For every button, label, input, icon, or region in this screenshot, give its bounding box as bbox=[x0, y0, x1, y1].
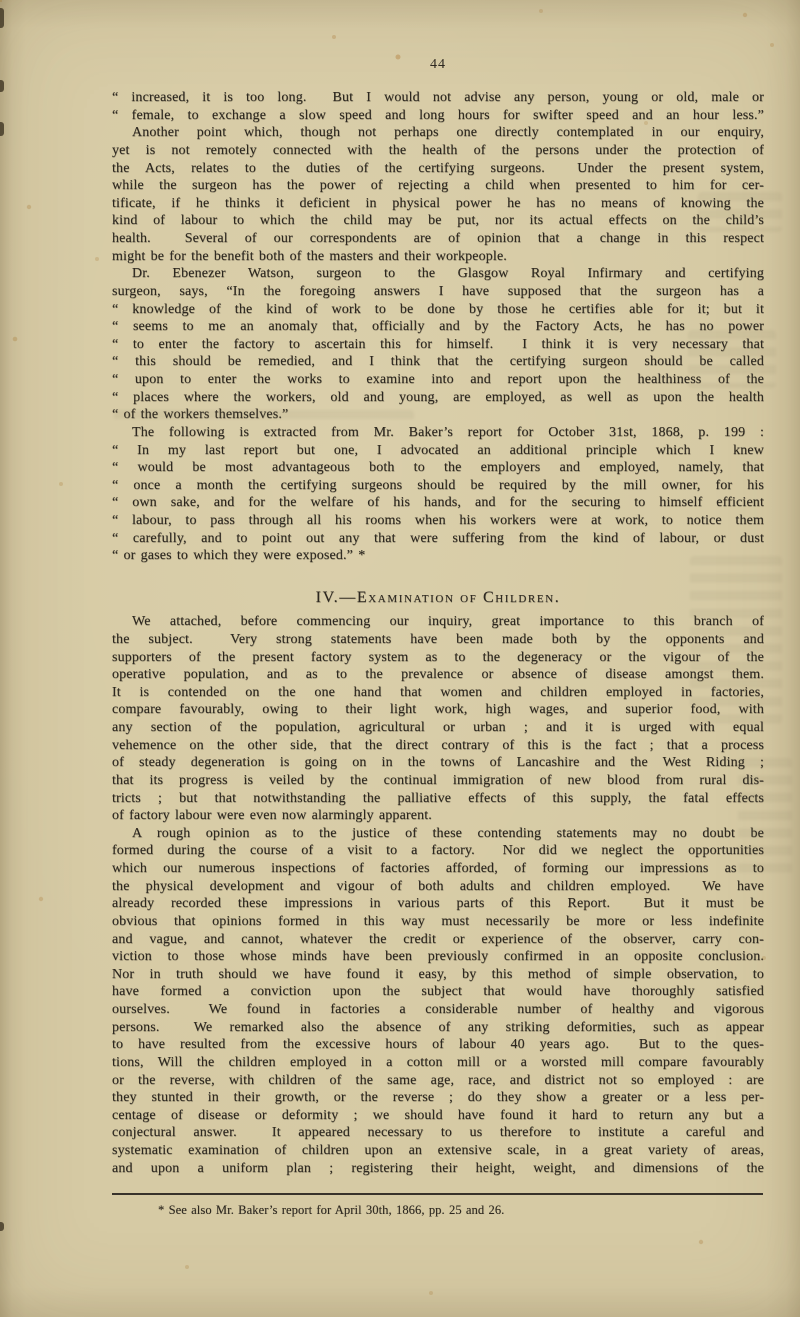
text-line: the Acts, relates to the duties of the c… bbox=[112, 160, 764, 178]
text-line: vehemence on the other side, that the di… bbox=[112, 737, 764, 755]
text-line: which our numerous inspections of factor… bbox=[112, 860, 764, 878]
text-line: “ of the workers themselves.” bbox=[112, 406, 764, 424]
scan-edge-artifact bbox=[0, 122, 4, 136]
text-line: while the surgeon has the power of rejec… bbox=[112, 177, 764, 195]
text-line: have formed a conviction upon the subjec… bbox=[112, 983, 764, 1001]
text-line: to have resulted from the excessive hour… bbox=[112, 1036, 764, 1054]
text-line: surgeon, says, “In the foregoing answers… bbox=[112, 283, 764, 301]
text-line: of steady degeneration is going on in th… bbox=[112, 754, 764, 772]
text-line: “ places where the workers, old and youn… bbox=[112, 389, 764, 407]
text-line: ourselves. We found in factories a consi… bbox=[112, 1001, 764, 1019]
text-line: any section of the population, agricultu… bbox=[112, 719, 764, 737]
text-line: already recorded these impressions in va… bbox=[112, 895, 764, 913]
text-line: operative population, and as to the prev… bbox=[112, 666, 764, 684]
text-line: the subject. Very strong statements have… bbox=[112, 631, 764, 649]
text-line: formed during the course of a visit to a… bbox=[112, 842, 764, 860]
text-line: “ increased, it is too long. But I would… bbox=[112, 89, 764, 107]
text-line: obvious that opinions formed in this way… bbox=[112, 913, 764, 931]
text-line: Dr. Ebenezer Watson, surgeon to the Glas… bbox=[112, 265, 764, 283]
text-line: “ seems to me an anomaly that, officiall… bbox=[112, 318, 764, 336]
text-line: Another point which, though not perhaps … bbox=[112, 124, 764, 142]
text-line: We attached, before commencing our inqui… bbox=[112, 613, 764, 631]
footnote-rule bbox=[112, 1193, 763, 1195]
text-line: “ or gases to which they were exposed.” … bbox=[112, 547, 764, 565]
text-line: The following is extracted from Mr. Bake… bbox=[112, 424, 764, 442]
text-line: and upon a uniform plan ; registering th… bbox=[112, 1160, 764, 1178]
text-line: compare favourably, owing to their light… bbox=[112, 701, 764, 719]
text-line: Nor in truth should we have found it eas… bbox=[112, 966, 764, 984]
text-line: persons. We remarked also the absence of… bbox=[112, 1019, 764, 1037]
text-line: A rough opinion as to the justice of the… bbox=[112, 825, 764, 843]
page-number: 44 bbox=[112, 57, 764, 73]
text-line: tificate, if he thinks it deficient in p… bbox=[112, 195, 764, 213]
scanned-page: 44 “ increased, it is too long. But I wo… bbox=[0, 0, 800, 1317]
text-line: might be for the benefit both of the mas… bbox=[112, 248, 764, 266]
text-line: kind of labour to which the child may be… bbox=[112, 212, 764, 230]
text-line: tricts ; but that notwithstanding the pa… bbox=[112, 790, 764, 808]
scan-edge-artifact bbox=[0, 1222, 4, 1231]
footnote: * See also Mr. Baker’s report for April … bbox=[158, 1203, 504, 1218]
scan-edge-artifact bbox=[0, 8, 4, 28]
text-line: “ labour, to pass through all his rooms … bbox=[112, 512, 764, 530]
text-line: viction to those whose minds have been p… bbox=[112, 948, 764, 966]
text-line: “ female, to exchange a slow speed and l… bbox=[112, 107, 764, 125]
text-line: tions, Will the children employed in a c… bbox=[112, 1054, 764, 1072]
text-line: conjectural answer. It appeared necessar… bbox=[112, 1124, 764, 1142]
text-line: “ knowledge of the kind of work to be do… bbox=[112, 301, 764, 319]
text-line: “ once a month the certifying surgeons s… bbox=[112, 477, 764, 495]
text-line: “ own sake, and for the welfare of his h… bbox=[112, 494, 764, 512]
text-line: of factory labour were even now alarming… bbox=[112, 807, 764, 825]
text-line: they stunted in their growth, or the rev… bbox=[112, 1089, 764, 1107]
scan-edge-artifact bbox=[0, 80, 4, 92]
text-line: “ carefully, and to point out any that w… bbox=[112, 530, 764, 548]
text-line: “ would be most advantageous both to the… bbox=[112, 459, 764, 477]
text-line: and vague, and cannot, whatever the cred… bbox=[112, 931, 764, 949]
text-line: It is contended on the one hand that wom… bbox=[112, 684, 764, 702]
section-heading: IV.—Examination of Children. bbox=[112, 589, 764, 607]
text-line: “ upon to enter the works to examine int… bbox=[112, 371, 764, 389]
text-line: that its progress is veiled by the conti… bbox=[112, 772, 764, 790]
text-line: “ to enter the factory to ascertain this… bbox=[112, 336, 764, 354]
text-line: systematic examination of children upon … bbox=[112, 1142, 764, 1160]
text-line: the physical development and vigour of b… bbox=[112, 878, 764, 896]
text-line: or the reverse, with children of the sam… bbox=[112, 1072, 764, 1090]
text-block: “ increased, it is too long. But I would… bbox=[112, 89, 764, 1177]
text-line: health. Several of our correspondents ar… bbox=[112, 230, 764, 248]
text-line: centage of disease or deformity ; we sho… bbox=[112, 1107, 764, 1125]
text-line: yet is not remotely connected with the h… bbox=[112, 142, 764, 160]
text-line: “ In my last report but one, I advocated… bbox=[112, 442, 764, 460]
text-line: “ this should be remedied, and I think t… bbox=[112, 353, 764, 371]
text-line: supporters of the present factory system… bbox=[112, 649, 764, 667]
